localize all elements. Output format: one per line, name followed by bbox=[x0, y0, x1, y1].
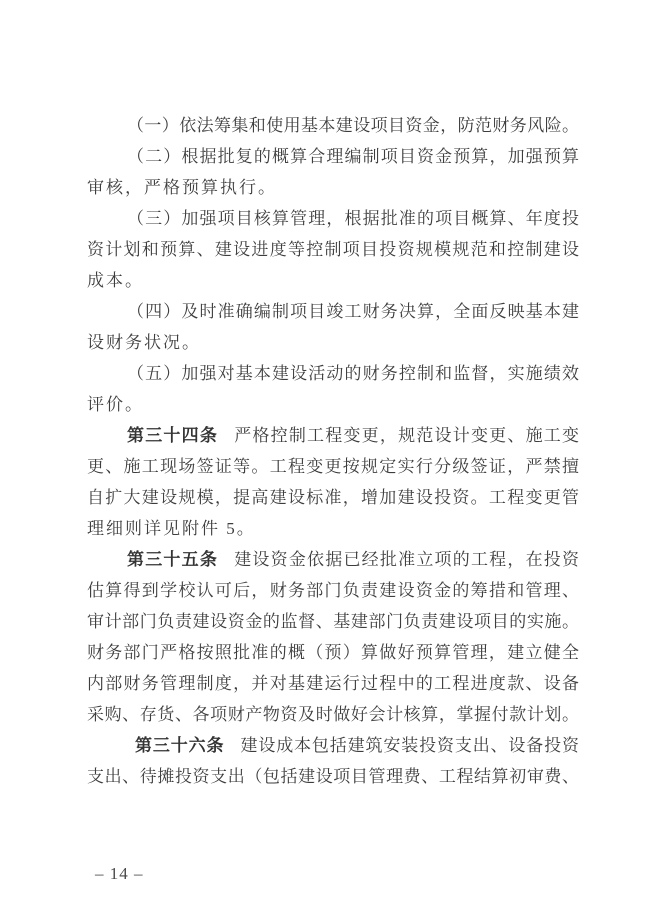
article-text: 建设成本包括建筑安装投资支出、设备投资 bbox=[240, 736, 579, 755]
document-line: （二）根据批复的概算合理编制项目资金预算，加强预算 bbox=[87, 141, 579, 172]
document-line: （五）加强对基本建设活动的财务控制和监督，实施绩效 bbox=[87, 358, 579, 389]
document-line: 成本。 bbox=[87, 265, 579, 296]
document-line-article-34: 第三十四条严格控制工程变更，规范设计变更、施工变 bbox=[87, 420, 579, 451]
document-line-article-35: 第三十五条建设资金依据已经批准立项的工程，在投资 bbox=[87, 544, 579, 575]
document-line: （三）加强项目核算管理，根据批准的项目概算、年度投 bbox=[87, 203, 579, 234]
article-text: 严格控制工程变更，规范设计变更、施工变 bbox=[234, 426, 579, 445]
document-line: （一）依法筹集和使用基本建设项目资金，防范财务风险。 bbox=[87, 110, 579, 141]
document-line: 审计部门负责建设资金的监督、基建部门负责建设项目的实施。 bbox=[87, 606, 579, 637]
document-page: （一）依法筹集和使用基本建设项目资金，防范财务风险。 （二）根据批复的概算合理编… bbox=[0, 0, 655, 918]
document-line: 财务部门严格按照批准的概（预）算做好预算管理，建立健全 bbox=[87, 637, 579, 668]
document-body: （一）依法筹集和使用基本建设项目资金，防范财务风险。 （二）根据批复的概算合理编… bbox=[87, 110, 579, 792]
article-text: 建设资金依据已经批准立项的工程，在投资 bbox=[234, 550, 579, 569]
document-line: 采购、存货、各项财产物资及时做好会计核算，掌握付款计划。 bbox=[87, 699, 579, 730]
document-line: 支出、待摊投资支出（包括建设项目管理费、工程结算初审费、 bbox=[87, 761, 579, 792]
document-line-article-36: 第三十六条建设成本包括建筑安装投资支出、设备投资 bbox=[87, 730, 579, 761]
document-line: 评价。 bbox=[87, 389, 579, 420]
document-line: 资计划和预算、建设进度等控制项目投资规模规范和控制建设 bbox=[87, 234, 579, 265]
document-line: 更、施工现场签证等。工程变更按规定实行分级签证，严禁擅 bbox=[87, 451, 579, 482]
document-line: （四）及时准确编制项目竣工财务决算，全面反映基本建 bbox=[87, 296, 579, 327]
article-number: 第三十六条 bbox=[135, 736, 224, 755]
document-line: 设财务状况。 bbox=[87, 327, 579, 358]
article-number: 第三十四条 bbox=[127, 426, 218, 445]
page-number: – 14 – bbox=[95, 862, 144, 886]
article-number: 第三十五条 bbox=[127, 550, 218, 569]
document-line: 理细则详见附件 5。 bbox=[87, 513, 579, 544]
document-line: 估算得到学校认可后，财务部门负责建设资金的筹措和管理、 bbox=[87, 575, 579, 606]
document-line: 自扩大建设规模，提高建设标准，增加建设投资。工程变更管 bbox=[87, 482, 579, 513]
document-line: 内部财务管理制度，并对基建运行过程中的工程进度款、设备 bbox=[87, 668, 579, 699]
document-line: 审核，严格预算执行。 bbox=[87, 172, 579, 203]
